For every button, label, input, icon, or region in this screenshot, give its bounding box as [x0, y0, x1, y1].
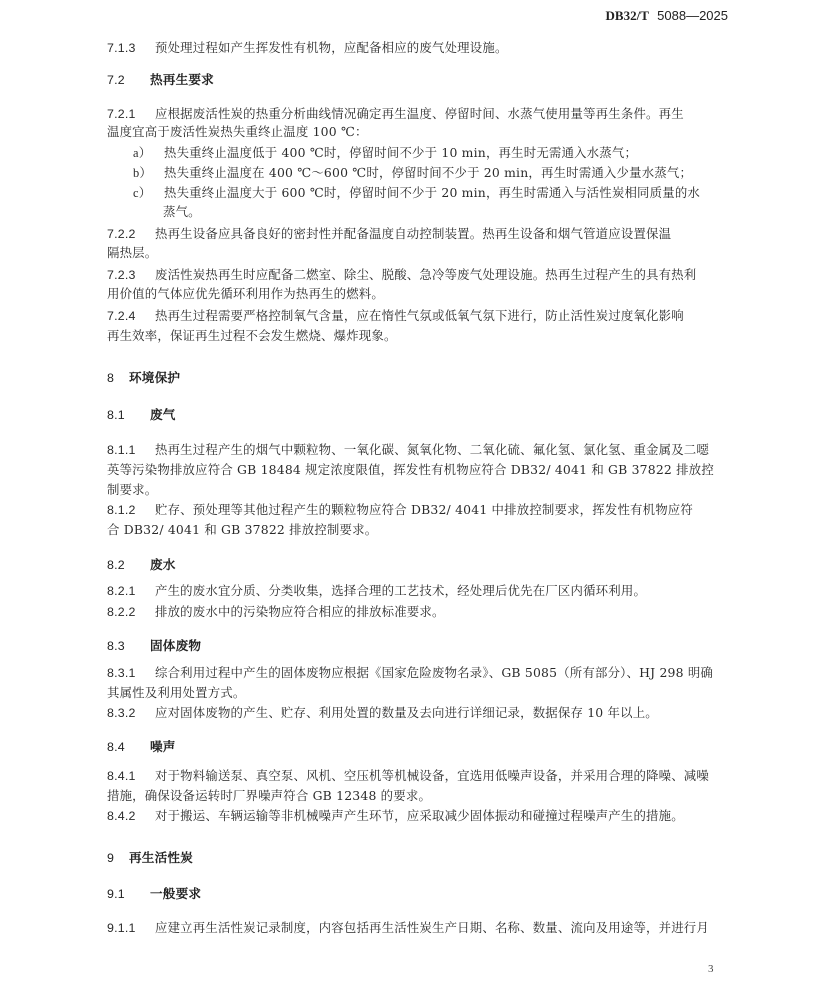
list-text: 热失重终止温度低于 400 ℃时，停留时间不少于 10 min，再生时无需通入水…: [164, 145, 637, 160]
clause-text: 合 DB32/ 4041 和 GB 37822 排放控制要求。: [107, 522, 377, 537]
clause-7-2-3: 7.2.3废活性炭热再生时应配备二燃室、除尘、脱酸、急冷等废气处理设施。热再生过…: [107, 268, 729, 282]
chapter-title: 环境保护: [129, 370, 180, 385]
clause-number: 7.2.1: [107, 107, 155, 121]
clause-7-2-1: 7.2.1应根据废活性炭的热重分析曲线情况确定再生温度、停留时间、水蒸气使用量等…: [107, 107, 729, 121]
clause-number: 7.2.3: [107, 268, 155, 282]
standard-prefix: DB32/T: [606, 8, 649, 23]
clause-7-1-3: 7.1.3预处理过程如产生挥发性有机物，应配备相应的废气处理设施。: [107, 41, 729, 55]
section-title: 废气: [150, 407, 176, 422]
chapter-heading-8: 8环境保护: [107, 371, 729, 385]
list-label: a）: [133, 146, 164, 160]
clause-text: 其属性及利用处置方式。: [107, 685, 246, 700]
section-title: 固体废物: [150, 638, 201, 653]
clause-number: 8.3.2: [107, 706, 155, 720]
document-code-header: DB32/T 5088—2025: [0, 8, 728, 24]
clause-text: 排放的废水中的污染物应符合相应的排放标准要求。: [155, 604, 445, 619]
section-heading-7-2: 7.2热再生要求: [107, 73, 729, 87]
clause-number: 7.2.4: [107, 309, 155, 323]
clause-number: 8.4.1: [107, 769, 155, 783]
clause-8-3-1-cont: 其属性及利用处置方式。: [107, 686, 729, 700]
clause-text: 再生效率，保证再生过程不会发生燃烧、爆炸现象。: [107, 328, 397, 343]
section-heading-8-2: 8.2废水: [107, 558, 729, 572]
section-number: 8.3: [107, 639, 150, 653]
clause-text: 贮存、预处理等其他过程产生的颗粒物应符合 DB32/ 4041 中排放控制要求，…: [155, 502, 693, 517]
list-text: 热失重终止温度大于 600 ℃时，停留时间不少于 20 min，再生时需通入与活…: [164, 185, 700, 200]
clause-text: 综合利用过程中产生的固体废物应根据《国家危险废物名录》、GB 5085（所有部分…: [155, 665, 713, 680]
clause-8-1-1: 8.1.1热再生过程产生的烟气中颗粒物、一氧化碳、氮氧化物、二氧化硫、氟化氢、氯…: [107, 443, 729, 457]
clause-7-2-4: 7.2.4热再生过程需要严格控制氧气含量，应在惰性气氛或低氧气氛下进行，防止活性…: [107, 309, 729, 323]
list-label: c）: [133, 186, 164, 200]
list-item-b: b）热失重终止温度在 400 ℃～600 ℃时，停留时间不少于 20 min，再…: [133, 166, 755, 180]
clause-8-1-2-cont: 合 DB32/ 4041 和 GB 37822 排放控制要求。: [107, 523, 729, 537]
clause-text: 产生的废水宜分质、分类收集，选择合理的工艺技术，经处理后优先在厂区内循环利用。: [155, 583, 646, 598]
clause-text: 应根据废活性炭的热重分析曲线情况确定再生温度、停留时间、水蒸气使用量等再生条件。…: [155, 106, 684, 121]
clause-text: 制要求。: [107, 482, 157, 497]
list-text: 蒸气。: [163, 204, 201, 219]
clause-text: 废活性炭热再生时应配备二燃室、除尘、脱酸、急冷等废气处理设施。热再生过程产生的具…: [155, 267, 696, 282]
section-heading-8-3: 8.3固体废物: [107, 639, 729, 653]
clause-number: 8.2.2: [107, 605, 155, 619]
list-text: 热失重终止温度在 400 ℃～600 ℃时，停留时间不少于 20 min，再生时…: [164, 165, 692, 180]
clause-7-2-3-cont: 用价值的气体应优先循环利用作为热再生的燃料。: [107, 287, 729, 301]
clause-text: 应建立再生活性炭记录制度，内容包括再生活性炭生产日期、名称、数量、流向及用途等，…: [155, 920, 709, 935]
clause-number: 9.1.1: [107, 921, 155, 935]
section-number: 7.2: [107, 73, 150, 87]
list-label: b）: [133, 166, 164, 180]
section-heading-9-1: 9.1一般要求: [107, 887, 729, 901]
clause-text: 对于物料输送泵、真空泵、风机、空压机等机械设备，宜选用低噪声设备，并采用合理的降…: [155, 768, 709, 783]
chapter-number: 9: [107, 851, 129, 865]
clause-8-1-2: 8.1.2贮存、预处理等其他过程产生的颗粒物应符合 DB32/ 4041 中排放…: [107, 503, 729, 517]
clause-8-4-1-cont: 措施，确保设备运转时厂界噪声符合 GB 12348 的要求。: [107, 789, 729, 803]
clause-text: 热再生过程产生的烟气中颗粒物、一氧化碳、氮氧化物、二氧化硫、氟化氢、氯化氢、重金…: [155, 442, 709, 457]
clause-8-1-1-cont2: 制要求。: [107, 483, 729, 497]
clause-text: 英等污染物排放应符合 GB 18484 规定浓度限值，挥发性有机物应符合 DB3…: [107, 462, 714, 477]
clause-text: 措施，确保设备运转时厂界噪声符合 GB 12348 的要求。: [107, 788, 431, 803]
list-item-c-cont: 蒸气。: [163, 205, 785, 219]
clause-7-2-2-cont: 隔热层。: [107, 246, 729, 260]
clause-number: 8.1.2: [107, 503, 155, 517]
section-title: 一般要求: [150, 886, 201, 901]
clause-text: 温度宜高于废活性炭热失重终止温度 100 ℃：: [107, 124, 368, 139]
list-item-c: c）热失重终止温度大于 600 ℃时，停留时间不少于 20 min，再生时需通入…: [133, 186, 755, 200]
clause-text: 预处理过程如产生挥发性有机物，应配备相应的废气处理设施。: [155, 40, 508, 55]
section-title: 废水: [150, 557, 176, 572]
clause-number: 7.1.3: [107, 41, 155, 55]
clause-number: 8.2.1: [107, 584, 155, 598]
clause-7-2-2: 7.2.2热再生设备应具备良好的密封性并配备温度自动控制装置。热再生设备和烟气管…: [107, 227, 729, 241]
section-heading-8-1: 8.1废气: [107, 408, 729, 422]
section-number: 9.1: [107, 887, 150, 901]
clause-number: 7.2.2: [107, 227, 155, 241]
clause-text: 热再生设备应具备良好的密封性并配备温度自动控制装置。热再生设备和烟气管道应设置保…: [155, 226, 671, 241]
clause-9-1-1: 9.1.1应建立再生活性炭记录制度，内容包括再生活性炭生产日期、名称、数量、流向…: [107, 921, 729, 935]
clause-8-4-1: 8.4.1对于物料输送泵、真空泵、风机、空压机等机械设备，宜选用低噪声设备，并采…: [107, 769, 729, 783]
chapter-title: 再生活性炭: [129, 850, 193, 865]
list-item-a: a）热失重终止温度低于 400 ℃时，停留时间不少于 10 min，再生时无需通…: [133, 146, 755, 160]
section-title: 热再生要求: [150, 72, 214, 87]
clause-7-2-4-cont: 再生效率，保证再生过程不会发生燃烧、爆炸现象。: [107, 329, 729, 343]
clause-text: 用价值的气体应优先循环利用作为热再生的燃料。: [107, 286, 384, 301]
clause-7-2-1-cont: 温度宜高于废活性炭热失重终止温度 100 ℃：: [107, 125, 729, 139]
clause-8-3-1: 8.3.1综合利用过程中产生的固体废物应根据《国家危险废物名录》、GB 5085…: [107, 666, 729, 680]
chapter-number: 8: [107, 371, 129, 385]
clause-number: 8.3.1: [107, 666, 155, 680]
clause-8-4-2: 8.4.2对于搬运、车辆运输等非机械噪声产生环节，应采取减少固体振动和碰撞过程噪…: [107, 809, 729, 823]
clause-8-2-2: 8.2.2排放的废水中的污染物应符合相应的排放标准要求。: [107, 605, 729, 619]
clause-number: 8.1.1: [107, 443, 155, 457]
standard-number: 5088—2025: [657, 8, 728, 23]
section-number: 8.4: [107, 740, 150, 754]
section-number: 8.2: [107, 558, 150, 572]
clause-8-2-1: 8.2.1产生的废水宜分质、分类收集，选择合理的工艺技术，经处理后优先在厂区内循…: [107, 584, 729, 598]
clause-8-3-2: 8.3.2应对固体废物的产生、贮存、利用处置的数量及去向进行详细记录，数据保存 …: [107, 706, 729, 720]
chapter-heading-9: 9再生活性炭: [107, 851, 729, 865]
clause-8-1-1-cont: 英等污染物排放应符合 GB 18484 规定浓度限值，挥发性有机物应符合 DB3…: [107, 463, 729, 477]
clause-text: 热再生过程需要严格控制氧气含量，应在惰性气氛或低氧气氛下进行，防止活性炭过度氧化…: [155, 308, 684, 323]
clause-text: 对于搬运、车辆运输等非机械噪声产生环节，应采取减少固体振动和碰撞过程噪声产生的措…: [155, 808, 684, 823]
page-number: 3: [708, 963, 714, 975]
section-number: 8.1: [107, 408, 150, 422]
section-heading-8-4: 8.4噪声: [107, 740, 729, 754]
section-title: 噪声: [150, 739, 176, 754]
clause-text: 应对固体废物的产生、贮存、利用处置的数量及去向进行详细记录，数据保存 10 年以…: [155, 705, 658, 720]
clause-text: 隔热层。: [107, 245, 157, 260]
clause-number: 8.4.2: [107, 809, 155, 823]
